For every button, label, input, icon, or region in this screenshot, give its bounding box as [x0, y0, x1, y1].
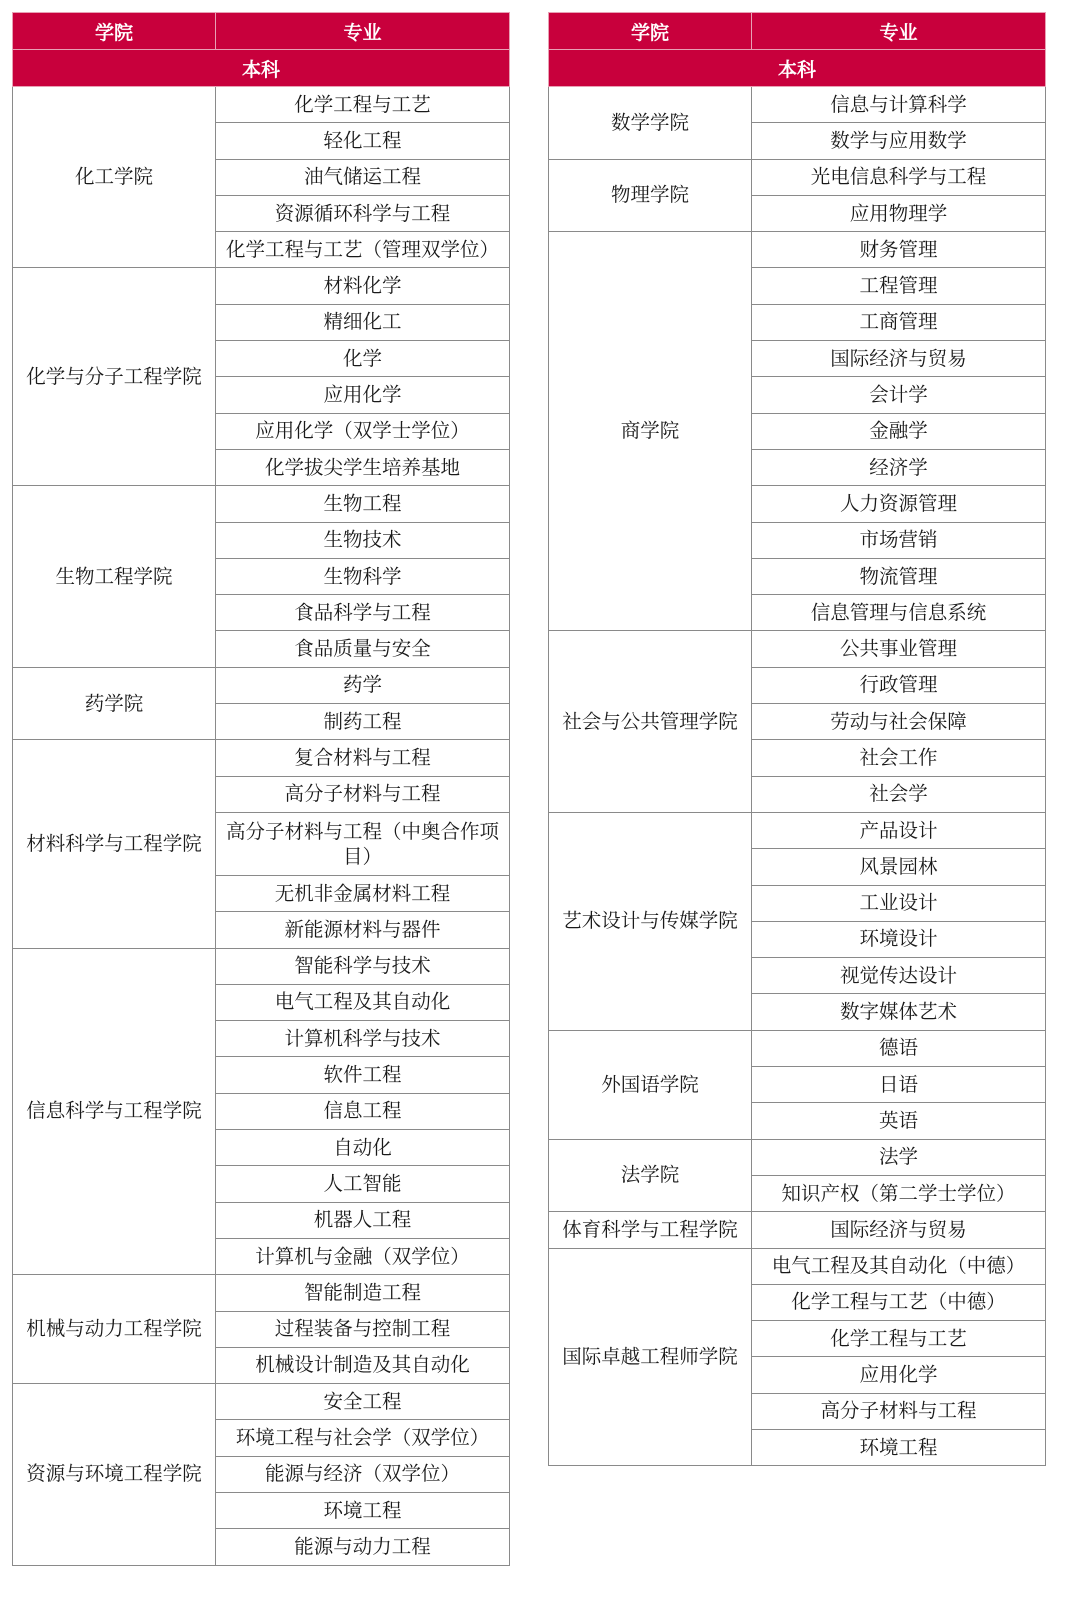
major-cell: 食品科学与工程: [216, 595, 510, 631]
major-cell: 社会工作: [752, 740, 1046, 776]
major-cell: 劳动与社会保障: [752, 704, 1046, 740]
major-cell: 视觉传达设计: [752, 958, 1046, 994]
major-cell: 电气工程及其自动化（中德）: [752, 1248, 1046, 1284]
majors-table-left: 学院 专业 本科 化工学院化学工程与工艺轻化工程油气储运工程资源循环科学与工程化…: [12, 12, 510, 1566]
college-cell: 生物工程学院: [13, 486, 216, 667]
table-row: 体育科学与工程学院国际经济与贸易: [549, 1212, 1046, 1248]
table-row: 商学院财务管理: [549, 232, 1046, 268]
major-cell: 精细化工: [216, 304, 510, 340]
major-cell: 新能源材料与器件: [216, 912, 510, 948]
college-cell: 机械与动力工程学院: [13, 1275, 216, 1384]
college-cell: 药学院: [13, 667, 216, 740]
table-row: 信息科学与工程学院智能科学与技术: [13, 948, 510, 984]
college-cell: 化学与分子工程学院: [13, 268, 216, 486]
major-cell: 信息与计算科学: [752, 87, 1046, 123]
major-cell: 计算机科学与技术: [216, 1021, 510, 1057]
major-column-header: 专业: [216, 13, 510, 50]
major-cell: 风景园林: [752, 849, 1046, 885]
major-cell: 应用化学: [216, 377, 510, 413]
major-cell: 信息工程: [216, 1093, 510, 1129]
college-cell: 外国语学院: [549, 1030, 752, 1139]
major-cell: 公共事业管理: [752, 631, 1046, 667]
college-cell: 商学院: [549, 232, 752, 631]
college-cell: 资源与环境工程学院: [13, 1384, 216, 1565]
major-cell: 高分子材料与工程: [752, 1393, 1046, 1429]
college-cell: 国际卓越工程师学院: [549, 1248, 752, 1466]
college-cell: 信息科学与工程学院: [13, 948, 216, 1275]
college-cell: 艺术设计与传媒学院: [549, 812, 752, 1030]
major-cell: 应用物理学: [752, 195, 1046, 231]
major-cell: 数字媒体艺术: [752, 994, 1046, 1030]
major-cell: 社会学: [752, 776, 1046, 812]
college-cell: 法学院: [549, 1139, 752, 1212]
major-cell: 化学: [216, 341, 510, 377]
major-cell: 化学拔尖学生培养基地: [216, 449, 510, 485]
college-cell: 体育科学与工程学院: [549, 1212, 752, 1248]
major-cell: 机械设计制造及其自动化: [216, 1347, 510, 1383]
table-row: 药学院药学: [13, 667, 510, 703]
major-cell: 复合材料与工程: [216, 740, 510, 776]
major-cell: 知识产权（第二学士学位）: [752, 1175, 1046, 1211]
major-cell: 高分子材料与工程（中奥合作项目）: [216, 812, 510, 875]
major-cell: 工商管理: [752, 304, 1046, 340]
major-cell: 英语: [752, 1103, 1046, 1139]
major-cell: 工程管理: [752, 268, 1046, 304]
major-cell: 经济学: [752, 449, 1046, 485]
major-cell: 软件工程: [216, 1057, 510, 1093]
level-header: 本科: [549, 50, 1046, 87]
major-cell: 人力资源管理: [752, 486, 1046, 522]
table-row: 机械与动力工程学院智能制造工程: [13, 1275, 510, 1311]
college-column-header: 学院: [549, 13, 752, 50]
table-body: 数学学院信息与计算科学数学与应用数学物理学院光电信息科学与工程应用物理学商学院财…: [549, 87, 1046, 1466]
major-cell: 药学: [216, 667, 510, 703]
table-row: 法学院法学: [549, 1139, 1046, 1175]
major-cell: 能源与动力工程: [216, 1529, 510, 1565]
major-cell: 材料化学: [216, 268, 510, 304]
major-cell: 食品质量与安全: [216, 631, 510, 667]
major-column-header: 专业: [752, 13, 1046, 50]
major-cell: 化学工程与工艺（管理双学位）: [216, 232, 510, 268]
major-cell: 自动化: [216, 1130, 510, 1166]
table-row: 材料科学与工程学院复合材料与工程: [13, 740, 510, 776]
major-cell: 信息管理与信息系统: [752, 595, 1046, 631]
major-cell: 市场营销: [752, 522, 1046, 558]
major-cell: 应用化学: [752, 1357, 1046, 1393]
major-cell: 国际经济与贸易: [752, 341, 1046, 377]
major-cell: 电气工程及其自动化: [216, 984, 510, 1020]
level-row: 本科: [13, 50, 510, 87]
table-row: 艺术设计与传媒学院产品设计: [549, 812, 1046, 848]
major-cell: 光电信息科学与工程: [752, 159, 1046, 195]
major-cell: 化学工程与工艺: [216, 87, 510, 123]
major-cell: 环境工程与社会学（双学位）: [216, 1420, 510, 1456]
table-row: 国际卓越工程师学院电气工程及其自动化（中德）: [549, 1248, 1046, 1284]
major-cell: 数学与应用数学: [752, 123, 1046, 159]
major-cell: 应用化学（双学士学位）: [216, 413, 510, 449]
major-cell: 工业设计: [752, 885, 1046, 921]
major-cell: 日语: [752, 1067, 1046, 1103]
major-cell: 化学工程与工艺: [752, 1321, 1046, 1357]
college-column-header: 学院: [13, 13, 216, 50]
major-cell: 生物工程: [216, 486, 510, 522]
major-cell: 生物技术: [216, 522, 510, 558]
major-cell: 环境工程: [216, 1492, 510, 1528]
level-row: 本科: [549, 50, 1046, 87]
major-cell: 金融学: [752, 413, 1046, 449]
table-row: 社会与公共管理学院公共事业管理: [549, 631, 1046, 667]
table-row: 外国语学院德语: [549, 1030, 1046, 1066]
table-row: 资源与环境工程学院安全工程: [13, 1384, 510, 1420]
major-cell: 人工智能: [216, 1166, 510, 1202]
major-cell: 环境设计: [752, 921, 1046, 957]
major-cell: 德语: [752, 1030, 1046, 1066]
major-cell: 行政管理: [752, 667, 1046, 703]
major-cell: 计算机与金融（双学位）: [216, 1238, 510, 1274]
major-cell: 智能制造工程: [216, 1275, 510, 1311]
major-cell: 产品设计: [752, 812, 1046, 848]
table-row: 化学与分子工程学院材料化学: [13, 268, 510, 304]
table-row: 生物工程学院生物工程: [13, 486, 510, 522]
table-body: 化工学院化学工程与工艺轻化工程油气储运工程资源循环科学与工程化学工程与工艺（管理…: [13, 87, 510, 1566]
college-cell: 物理学院: [549, 159, 752, 232]
majors-table-right: 学院 专业 本科 数学学院信息与计算科学数学与应用数学物理学院光电信息科学与工程…: [548, 12, 1046, 1466]
header-row: 学院 专业: [549, 13, 1046, 50]
header-row: 学院 专业: [13, 13, 510, 50]
major-cell: 物流管理: [752, 558, 1046, 594]
major-cell: 国际经济与贸易: [752, 1212, 1046, 1248]
major-cell: 资源循环科学与工程: [216, 195, 510, 231]
level-header: 本科: [13, 50, 510, 87]
major-cell: 财务管理: [752, 232, 1046, 268]
major-cell: 会计学: [752, 377, 1046, 413]
college-cell: 化工学院: [13, 87, 216, 268]
major-cell: 机器人工程: [216, 1202, 510, 1238]
major-cell: 高分子材料与工程: [216, 776, 510, 812]
major-cell: 法学: [752, 1139, 1046, 1175]
table-row: 数学学院信息与计算科学: [549, 87, 1046, 123]
table-row: 物理学院光电信息科学与工程: [549, 159, 1046, 195]
major-cell: 生物科学: [216, 558, 510, 594]
major-cell: 轻化工程: [216, 123, 510, 159]
table-row: 化工学院化学工程与工艺: [13, 87, 510, 123]
major-cell: 能源与经济（双学位）: [216, 1456, 510, 1492]
college-cell: 材料科学与工程学院: [13, 740, 216, 948]
college-cell: 数学学院: [549, 87, 752, 160]
major-cell: 智能科学与技术: [216, 948, 510, 984]
major-cell: 过程装备与控制工程: [216, 1311, 510, 1347]
major-cell: 无机非金属材料工程: [216, 875, 510, 911]
major-cell: 制药工程: [216, 704, 510, 740]
major-cell: 环境工程: [752, 1429, 1046, 1465]
major-cell: 化学工程与工艺（中德）: [752, 1284, 1046, 1320]
major-cell: 油气储运工程: [216, 159, 510, 195]
college-cell: 社会与公共管理学院: [549, 631, 752, 812]
major-cell: 安全工程: [216, 1384, 510, 1420]
